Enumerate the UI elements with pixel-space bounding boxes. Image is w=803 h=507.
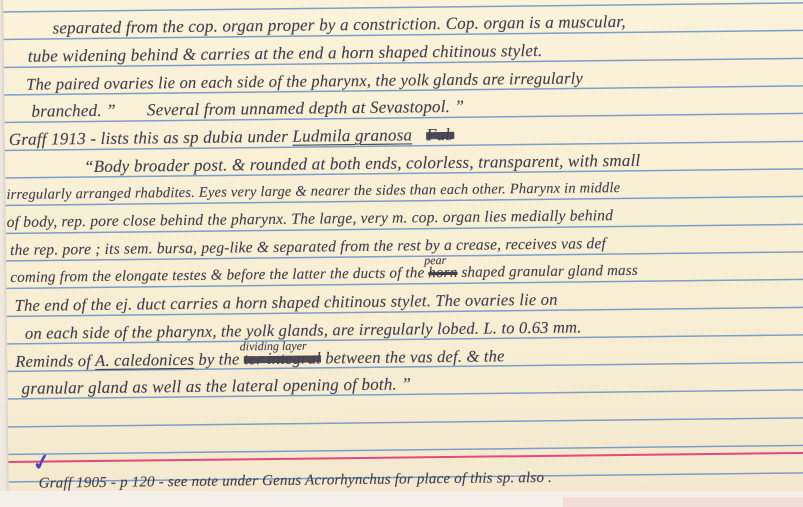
species-name-underlined: Ludmila granosa [292, 125, 412, 145]
handwritten-line-5: Graff 1913 - lists this as sp dubia unde… [9, 123, 455, 152]
underlying-card-edge [563, 497, 803, 507]
correction-group: ter integraldividing layer [244, 346, 321, 371]
scanned-index-card-page: { "card": { "lines": { "l1": "separated … [0, 0, 803, 507]
line-text: between the vas def. & the [321, 346, 505, 367]
line-text: shaped granular gland mass [457, 263, 638, 281]
line-text: Reminds of [15, 351, 95, 371]
line-text: by the [194, 349, 244, 369]
correction-word-above: pear [424, 248, 446, 272]
correction-group: hornpear [428, 261, 457, 285]
species-name-underlined: A. caledonices [95, 350, 194, 370]
line-text: coming from the elongate testes & before… [10, 265, 428, 286]
scribbled-out-word: Fab [426, 125, 454, 144]
handwritten-line-4: branched. ” Several from unnamed depth a… [31, 95, 464, 124]
index-card: separated from the cop. organ proper by … [3, 0, 803, 504]
handwritten-line-14: granular gland as well as the lateral op… [21, 372, 411, 400]
citation-text: Graff 1913 - lists this as sp dubia unde… [9, 127, 293, 149]
correction-words-above: dividing layer [240, 334, 307, 359]
